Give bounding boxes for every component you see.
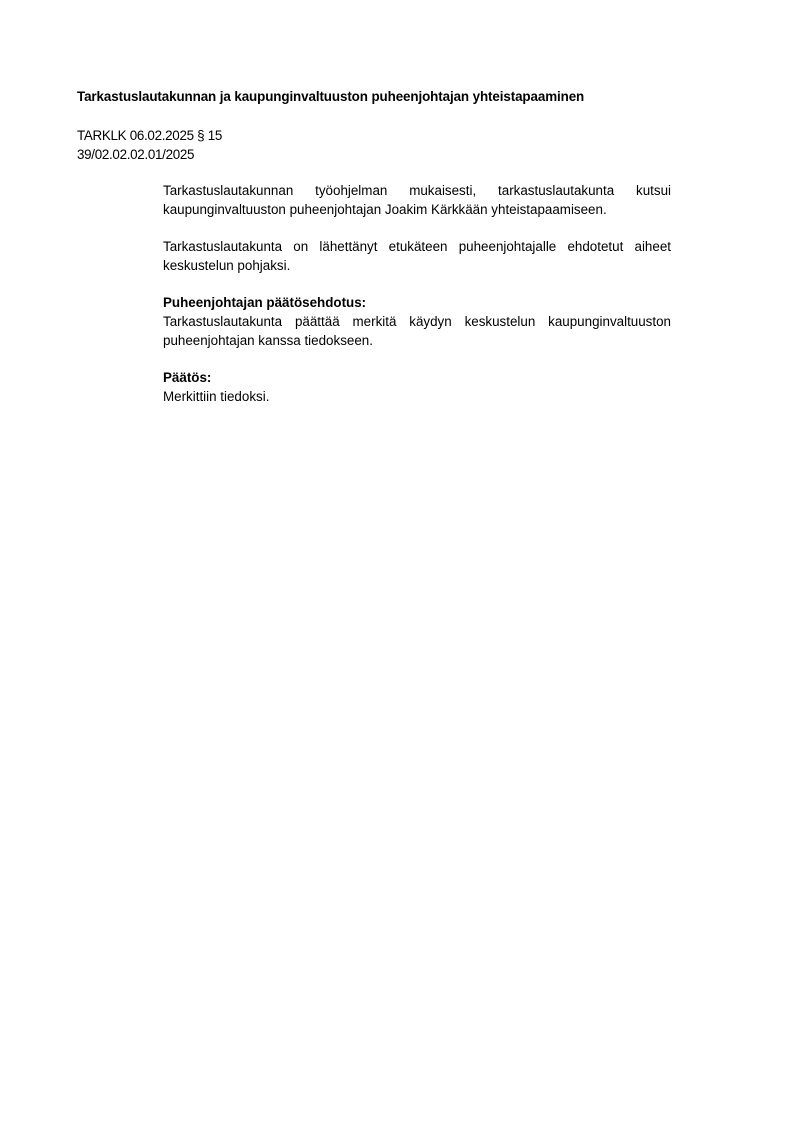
proposal-heading: Puheenjohtajan päätösehdotus:: [163, 293, 671, 312]
document-meta: TARKLK 06.02.2025 § 15 39/02.02.02.01/20…: [77, 126, 222, 164]
document-body: Tarkastuslautakunnan työohjelman mukaise…: [163, 181, 671, 424]
paragraph-invitation: Tarkastuslautakunnan työohjelman mukaise…: [163, 181, 671, 219]
meeting-reference: TARKLK 06.02.2025 § 15: [77, 126, 222, 145]
proposal-text: Tarkastuslautakunta päättää merkitä käyd…: [163, 312, 671, 350]
proposal-section: Puheenjohtajan päätösehdotus: Tarkastusl…: [163, 293, 671, 350]
decision-text: Merkittiin tiedoksi.: [163, 387, 671, 406]
document-title: Tarkastuslautakunnan ja kaupunginvaltuus…: [77, 89, 584, 104]
paragraph-topics: Tarkastuslautakunta on lähettänyt etukät…: [163, 237, 671, 275]
decision-heading: Päätös:: [163, 368, 671, 387]
decision-section: Päätös: Merkittiin tiedoksi.: [163, 368, 671, 406]
record-id: 39/02.02.02.01/2025: [77, 145, 222, 164]
document-page: Tarkastuslautakunnan ja kaupunginvaltuus…: [0, 0, 794, 1122]
